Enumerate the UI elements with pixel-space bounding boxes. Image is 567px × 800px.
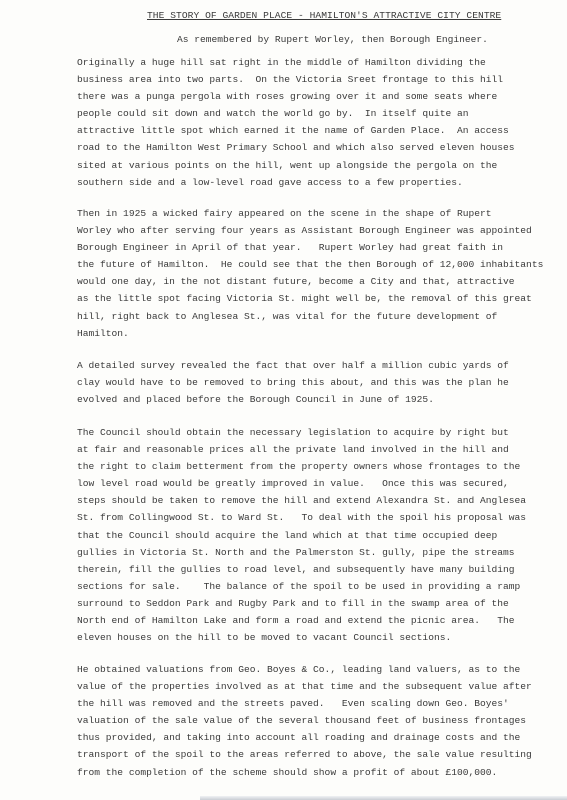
paragraph-council-plan: The Council should obtain the necessary … xyxy=(77,424,526,646)
text-line: A detailed survey revealed the fact that… xyxy=(77,357,509,374)
text-line: the future of Hamilton. He could see tha… xyxy=(77,256,543,273)
text-line: as the little spot facing Victoria St. m… xyxy=(77,290,543,307)
text-line: clay would have to be removed to bring t… xyxy=(77,374,509,391)
text-line: at fair and reasonable prices all the pr… xyxy=(77,441,526,458)
text-line: the right to claim betterment from the p… xyxy=(77,458,526,475)
text-line: value of the properties involved as at t… xyxy=(77,678,532,695)
text-line: St. from Collingwood St. to Ward St. To … xyxy=(77,509,526,526)
text-line: sited at various points on the hill, wen… xyxy=(77,157,515,174)
text-line: transport of the spoil to the areas refe… xyxy=(77,746,532,763)
text-line: eleven houses on the hill to be moved to… xyxy=(77,629,526,646)
text-line: therein, fill the gullies to road level,… xyxy=(77,561,526,578)
text-line: steps should be taken to remove the hill… xyxy=(77,492,526,509)
text-line: from the completion of the scheme should… xyxy=(77,764,532,781)
text-line: low level road would be greatly improved… xyxy=(77,475,526,492)
text-line: The Council should obtain the necessary … xyxy=(77,424,526,441)
document-subtitle: As remembered by Rupert Worley, then Bor… xyxy=(177,34,488,45)
text-line: road to the Hamilton West Primary School… xyxy=(77,139,515,156)
text-line: Then in 1925 a wicked fairy appeared on … xyxy=(77,205,543,222)
text-line: people could sit down and watch the worl… xyxy=(77,105,515,122)
paragraph-hill-description: Originally a huge hill sat right in the … xyxy=(77,54,515,191)
text-line: sections for sale. The balance of the sp… xyxy=(77,578,526,595)
scan-edge-shadow xyxy=(200,796,567,800)
text-line: southern side and a low-level road gave … xyxy=(77,174,515,191)
text-line: attractive little spot which earned it t… xyxy=(77,122,515,139)
text-line: hill, right back to Anglesea St., was vi… xyxy=(77,308,543,325)
text-line: evolved and placed before the Borough Co… xyxy=(77,391,509,408)
text-line: North end of Hamilton Lake and form a ro… xyxy=(77,612,526,629)
text-line: Hamilton. xyxy=(77,325,543,342)
text-line: surround to Seddon Park and Rugby Park a… xyxy=(77,595,526,612)
text-line: there was a punga pergola with roses gro… xyxy=(77,88,515,105)
document-page: THE STORY OF GARDEN PLACE - HAMILTON'S A… xyxy=(0,0,567,800)
document-title: THE STORY OF GARDEN PLACE - HAMILTON'S A… xyxy=(147,10,501,21)
paragraph-valuations: He obtained valuations from Geo. Boyes &… xyxy=(77,661,532,781)
paragraph-survey: A detailed survey revealed the fact that… xyxy=(77,357,509,408)
text-line: that the Council should acquire the land… xyxy=(77,527,526,544)
text-line: He obtained valuations from Geo. Boyes &… xyxy=(77,661,532,678)
text-line: the hill was removed and the streets pav… xyxy=(77,695,532,712)
text-line: gullies in Victoria St. North and the Pa… xyxy=(77,544,526,561)
paragraph-rupert-worley: Then in 1925 a wicked fairy appeared on … xyxy=(77,205,543,342)
text-line: valuation of the sale value of the sever… xyxy=(77,712,532,729)
text-line: Worley who after serving four years as A… xyxy=(77,222,543,239)
text-line: Originally a huge hill sat right in the … xyxy=(77,54,515,71)
text-line: would one day, in the not distant future… xyxy=(77,273,543,290)
text-line: business area into two parts. On the Vic… xyxy=(77,71,515,88)
text-line: thus provided, and taking into account a… xyxy=(77,729,532,746)
text-line: Borough Engineer in April of that year. … xyxy=(77,239,543,256)
